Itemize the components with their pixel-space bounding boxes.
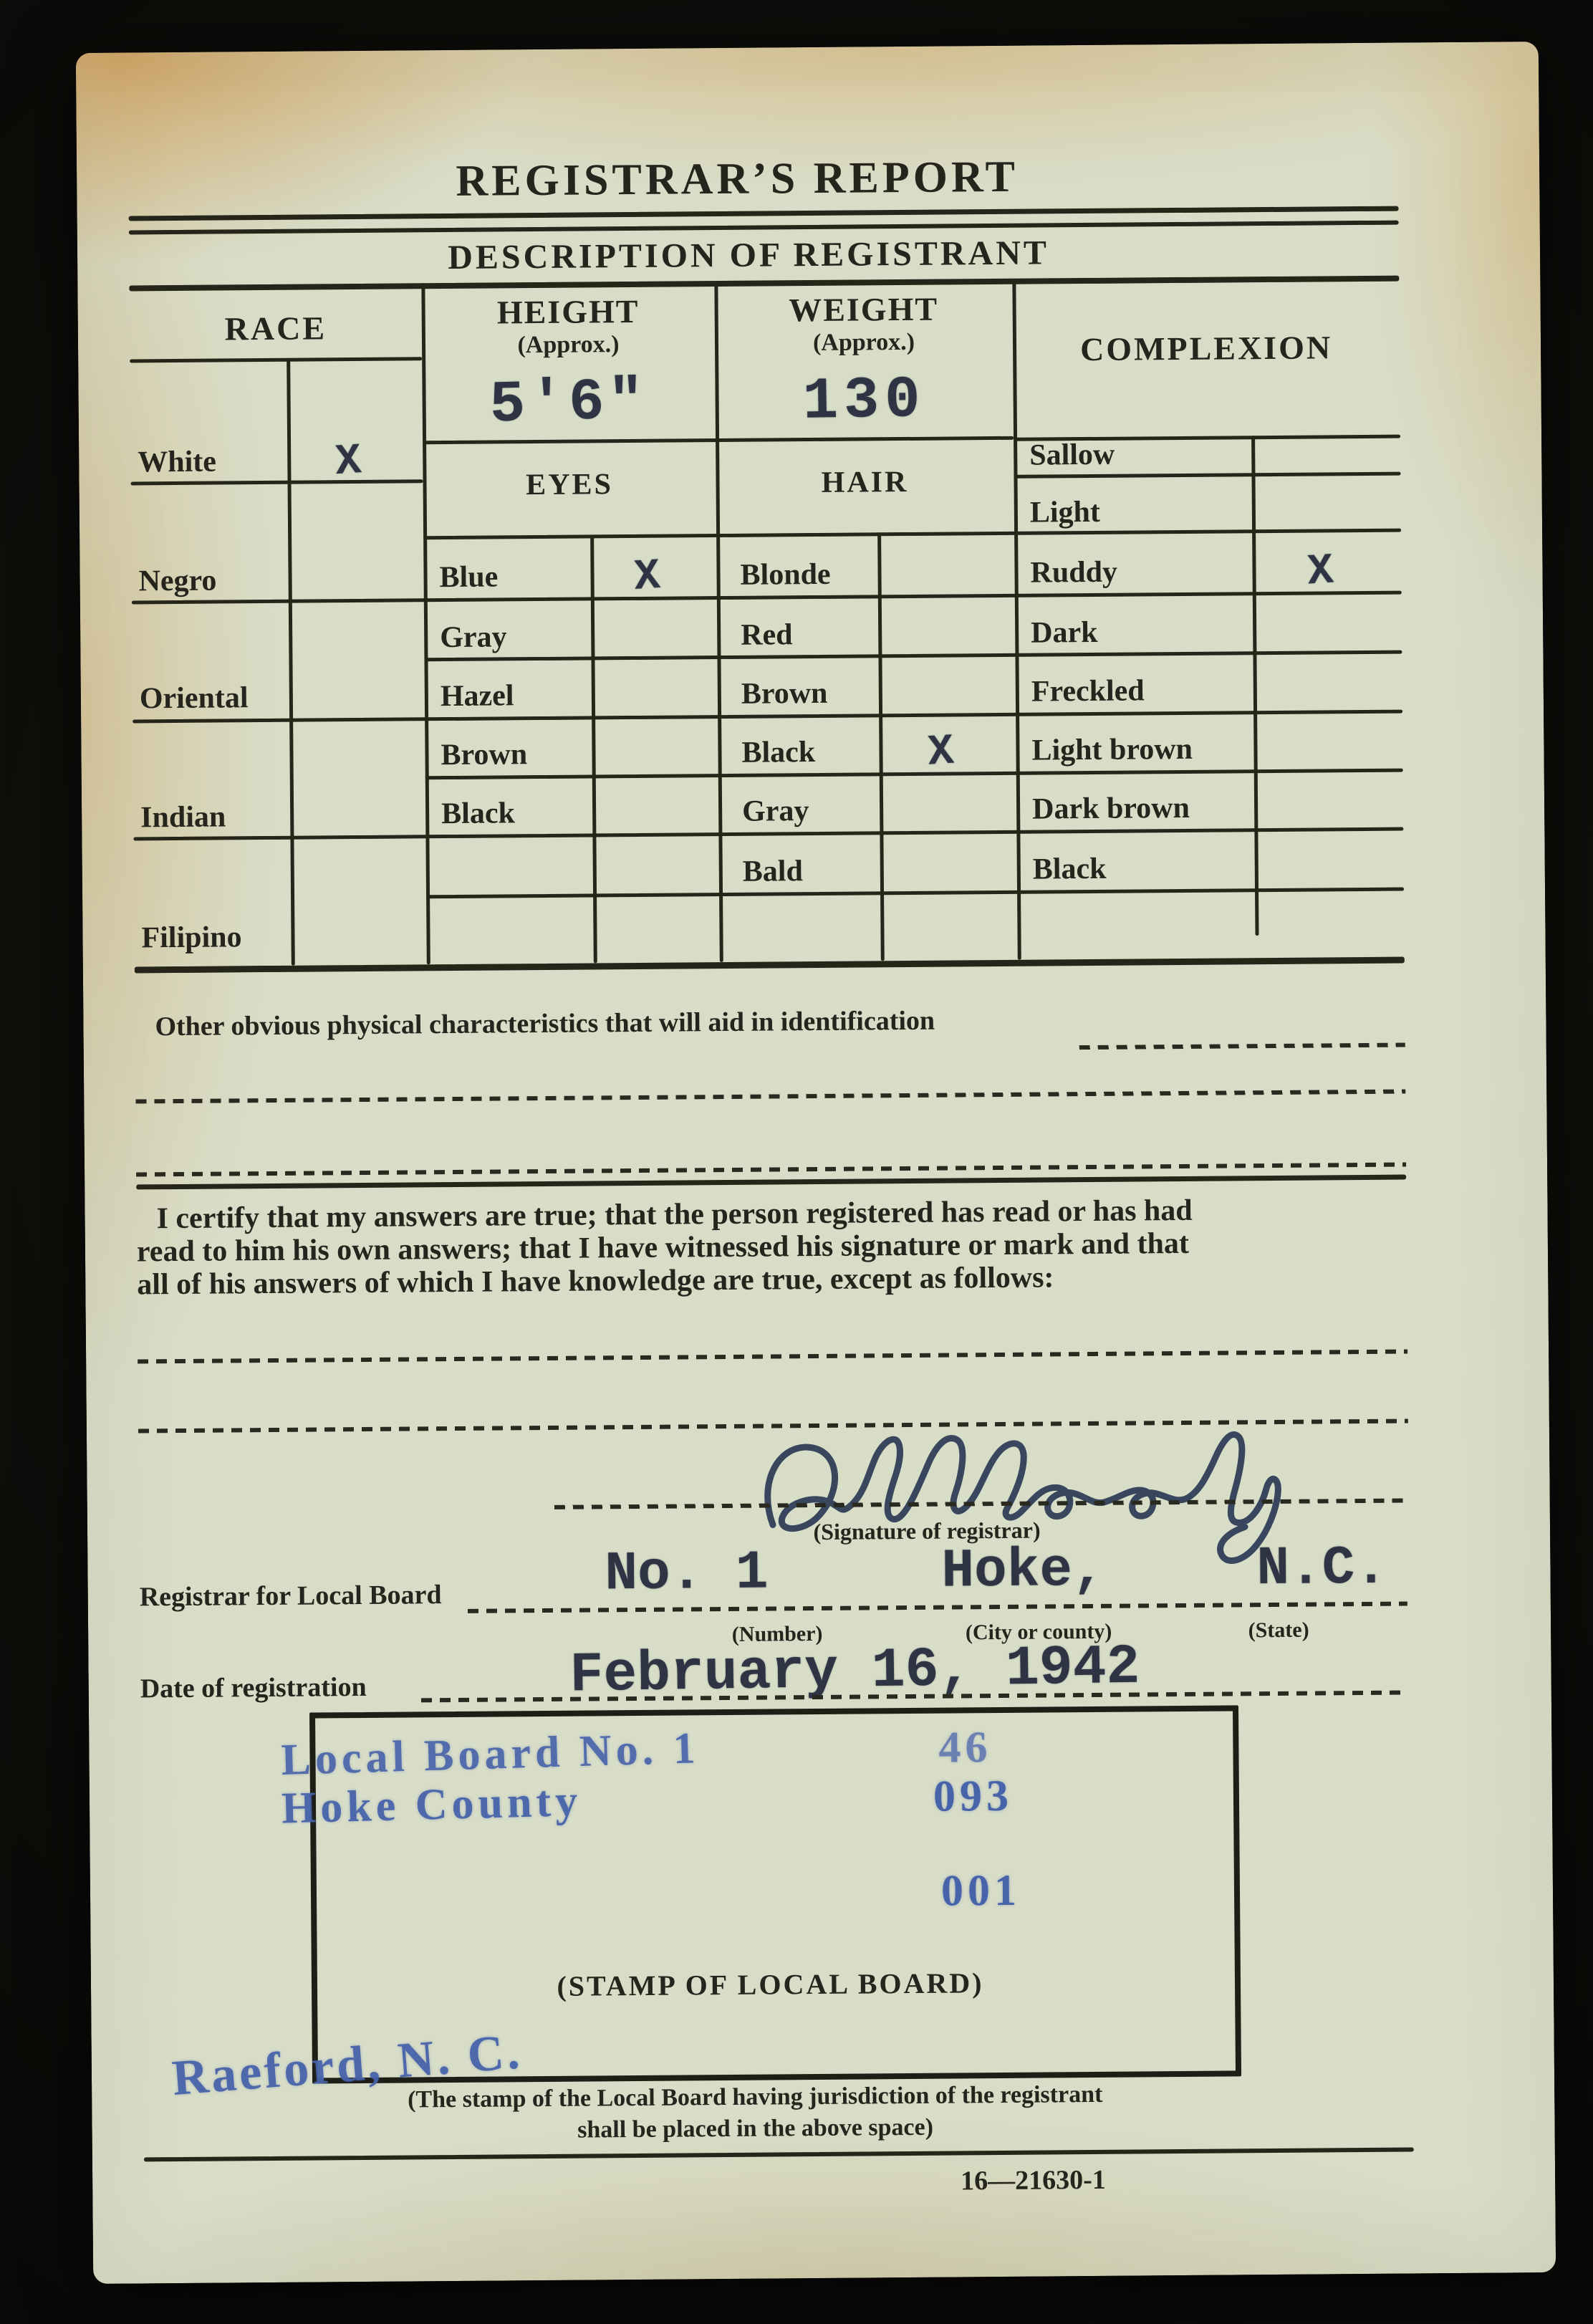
- stamp-county-line: Hoke County: [281, 1776, 582, 1835]
- state-caption: (State): [1193, 1618, 1365, 1643]
- board-number-value: No. 1: [605, 1542, 769, 1605]
- registration-date-label: Date of registration: [140, 1671, 367, 1704]
- stamp-board-number: 46: [938, 1722, 992, 1774]
- registrar-label: Registrar for Local Board: [140, 1579, 442, 1613]
- complexion-option-light: Light: [1030, 495, 1100, 530]
- form-number: 16—21630-1: [961, 2164, 1106, 2197]
- complexion-option-dark: Dark: [1031, 615, 1098, 650]
- complexion-option-light-brown: Light brown: [1031, 732, 1193, 768]
- complexion-mark-ruddy: X: [1306, 547, 1335, 597]
- complexion-option-dark-brown: Dark brown: [1032, 791, 1190, 827]
- board-city-value: Hoke,: [941, 1540, 1105, 1603]
- registrar-report-form: REGISTRAR’S REPORT DESCRIPTION OF REGIST…: [127, 43, 1415, 2284]
- stamp-box-caption: (STAMP OF LOCAL BOARD): [312, 1964, 1229, 2005]
- registrar-report-card: REGISTRAR’S REPORT DESCRIPTION OF REGIST…: [76, 42, 1556, 2284]
- stamp-code-093: 093: [933, 1771, 1014, 1823]
- complexion-option-black: Black: [1033, 852, 1107, 887]
- scanned-document-background: REGISTRAR’S REPORT DESCRIPTION OF REGIST…: [0, 0, 1593, 2324]
- complexion-option-sallow: Sallow: [1029, 438, 1115, 473]
- stamp-code-001: 001: [941, 1866, 1021, 1917]
- certification-line-3: all of his answers of which I have knowl…: [137, 1260, 1054, 1302]
- complexion-option-freckled: Freckled: [1031, 673, 1145, 709]
- complexion-option-ruddy: Ruddy: [1030, 555, 1117, 590]
- other-characteristics-label: Other obvious physical characteristics t…: [155, 1005, 935, 1043]
- board-state-value: N.C.: [1256, 1537, 1387, 1600]
